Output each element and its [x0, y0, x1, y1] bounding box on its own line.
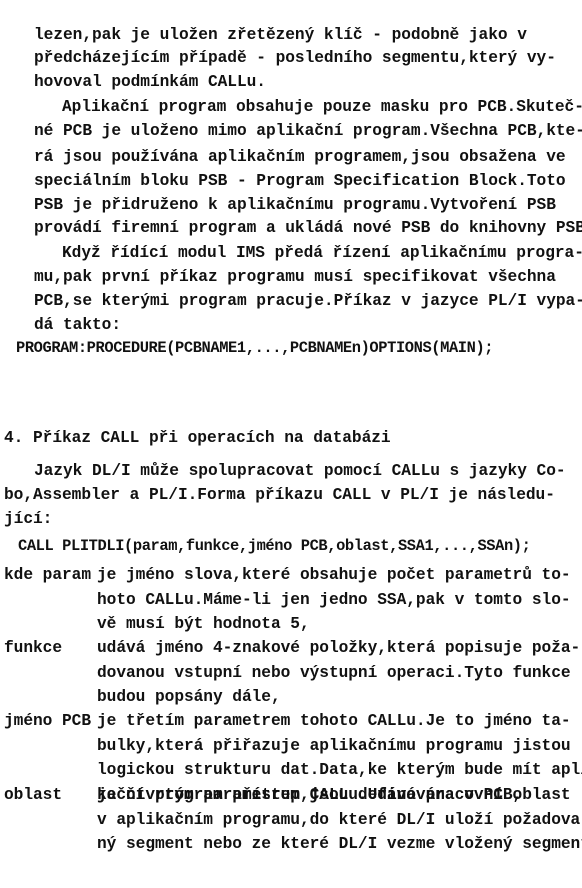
- paragraph-line: Když řídící modul IMS předá řízení aplik…: [62, 243, 582, 263]
- paragraph-line: speciálním bloku PSB - Program Specifica…: [34, 171, 566, 191]
- definition-line: dovanou vstupní nebo výstupní operaci.Ty…: [97, 663, 571, 683]
- definition-line: vě musí být hodnota 5,: [97, 614, 310, 634]
- definition-line: bulky,která přiřazuje aplikačnímu progra…: [97, 736, 571, 756]
- definition-term: jméno PCB: [4, 711, 91, 731]
- section-heading: 4. Příkaz CALL při operacích na databázi: [4, 428, 391, 448]
- definition-line: je jméno slova,které obsahuje počet para…: [97, 565, 571, 585]
- definition-line: v aplikačním programu,do které DL/I ulož…: [97, 810, 582, 830]
- paragraph-line: bo,Assembler a PL/I.Forma příkazu CALL v…: [4, 485, 555, 505]
- paragraph-line: lezen,pak je uložen zřetězený klíč - pod…: [34, 25, 527, 45]
- paragraph-line: rá jsou používána aplikačním programem,j…: [34, 147, 566, 167]
- paragraph-line: jící:: [4, 509, 52, 529]
- paragraph-line: PCB,se kterými program pracuje.Příkaz v …: [34, 291, 582, 311]
- definition-term: kde param: [4, 565, 91, 585]
- definition-line: je třetím parametrem tohoto CALLu.Je to …: [97, 711, 571, 731]
- definition-line: udává jméno 4-znakové položky,která popi…: [97, 638, 580, 658]
- definition-line: budou popsány dále,: [97, 687, 281, 707]
- paragraph-line: né PCB je uloženo mimo aplikační program…: [34, 121, 582, 141]
- program-statement: PROGRAM:PROCEDURE(PCBNAME1,...,PCBNAMEn)…: [16, 338, 493, 358]
- paragraph-line: PSB je přidruženo k aplikačnímu programu…: [34, 195, 556, 215]
- definition-line: ný segment nebo ze které DL/I vezme vlož…: [97, 834, 582, 854]
- paragraph-line: předcházejícím případě - posledního segm…: [34, 48, 556, 68]
- paragraph-line: mu,pak první příkaz programu musí specif…: [34, 267, 556, 287]
- call-statement: CALL PLITDLI(param,funkce,jméno PCB,obla…: [18, 536, 530, 556]
- definition-term: oblast: [4, 785, 62, 805]
- definition-term: funkce: [4, 638, 62, 658]
- paragraph-line: Aplikační program obsahuje pouze masku p…: [62, 97, 582, 117]
- paragraph-line: dá takto:: [34, 315, 121, 335]
- document-page: lezen,pak je uložen zřetězený klíč - pod…: [0, 0, 582, 888]
- definition-line: logickou strukturu dat.Data,ke kterým bu…: [97, 760, 582, 780]
- paragraph-line: Jazyk DL/I může spolupracovat pomocí CAL…: [34, 461, 566, 481]
- paragraph-line: hovoval podmínkám CALLu.: [34, 72, 266, 92]
- paragraph-line: provádí firemní program a ukládá nové PS…: [34, 218, 582, 238]
- definition-line: hoto CALLu.Máme-li jen jedno SSA,pak v t…: [97, 590, 571, 610]
- definition-line: je čtvrtým parametrem CALLu.Udává pracov…: [97, 785, 571, 805]
